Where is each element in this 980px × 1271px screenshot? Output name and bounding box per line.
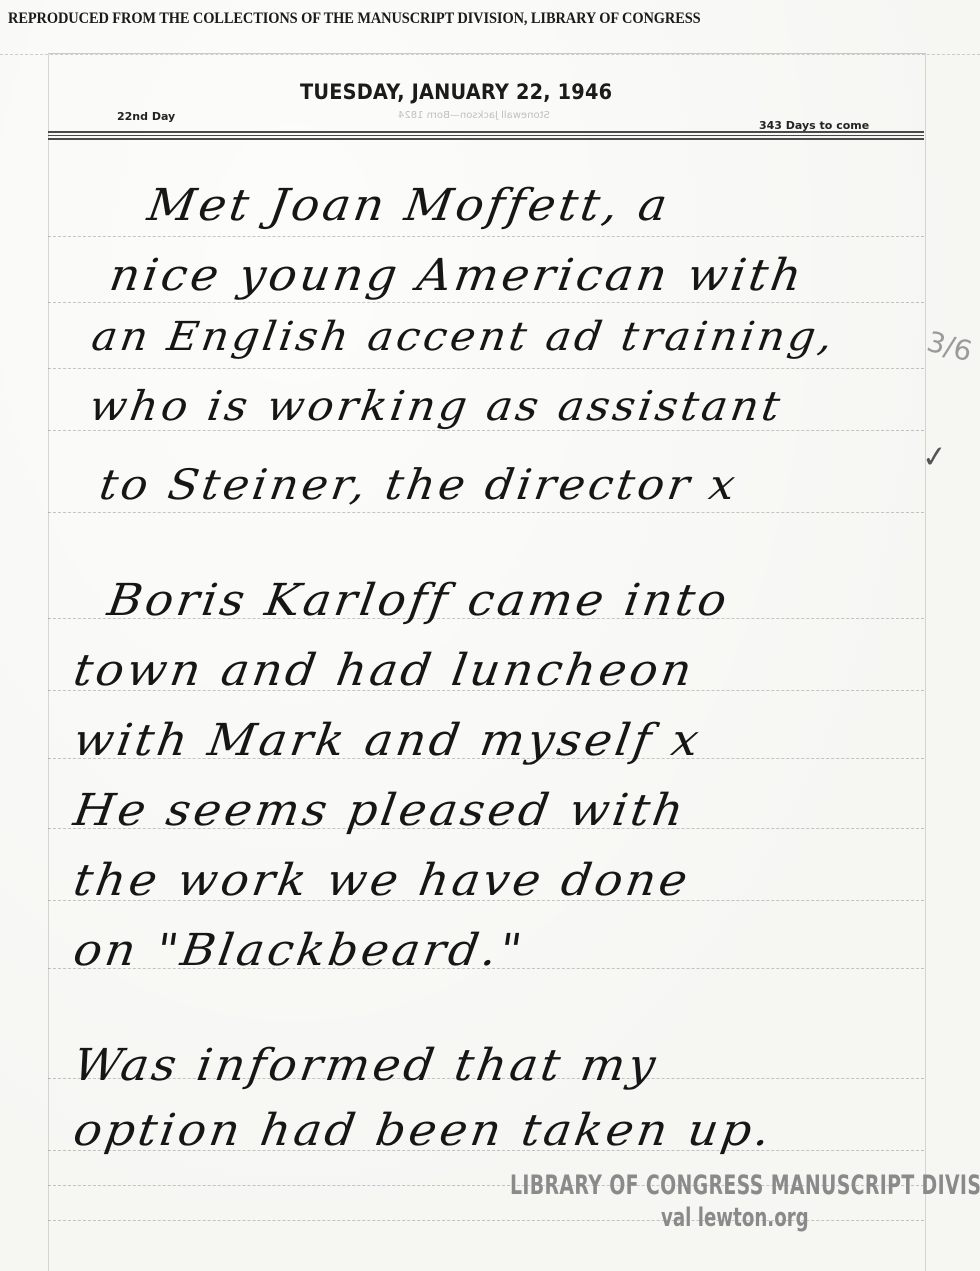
watermark-site: val lewton.org [661, 1203, 863, 1233]
diary-date-heading: TUESDAY, JANUARY 22, 1946 [300, 80, 668, 104]
handwritten-line: town and had luncheon [70, 645, 980, 696]
scan-noise-strip [0, 34, 980, 55]
handwritten-line: to Steiner, the director x [96, 460, 980, 509]
handwritten-line: Met Joan Moffett, a [144, 180, 980, 231]
handwritten-line: nice young American with [106, 250, 980, 301]
handwritten-line: Boris Karloff came into [104, 575, 980, 626]
ruled-line [48, 302, 924, 303]
handwritten-line: on "Blackbeard." [70, 925, 980, 976]
diary-page: REPRODUCED FROM THE COLLECTIONS OF THE M… [0, 0, 980, 1271]
ruled-line [48, 368, 924, 369]
reproduction-banner: REPRODUCED FROM THE COLLECTIONS OF THE M… [8, 10, 845, 28]
handwritten-line: who is working as assistant [86, 382, 980, 430]
handwritten-line: with Mark and myself x [70, 715, 980, 766]
ruled-line [48, 430, 924, 431]
ruled-line [48, 512, 924, 513]
header-rule [48, 135, 924, 136]
handwritten-line: an English accent ad training, [89, 314, 980, 360]
bleed-through-text: Stonewall Jackson—Born 1824 [398, 110, 550, 121]
watermark: LIBRARY OF CONGRESS MANUSCRIPT DIVISION … [510, 1170, 950, 1233]
handwritten-line: Was informed that my [70, 1040, 980, 1091]
watermark-title: LIBRARY OF CONGRESS MANUSCRIPT DIVISION [510, 1170, 818, 1201]
header-rule [48, 138, 924, 140]
day-of-year-label: 22nd Day [117, 110, 175, 123]
header-rule [48, 131, 924, 133]
handwritten-line: option had been taken up. [70, 1105, 980, 1156]
ruled-line [48, 236, 924, 237]
checkmark-icon: ✓ [921, 439, 949, 476]
handwritten-line: He seems pleased with [70, 785, 980, 836]
handwritten-line: the work we have done [70, 855, 980, 906]
